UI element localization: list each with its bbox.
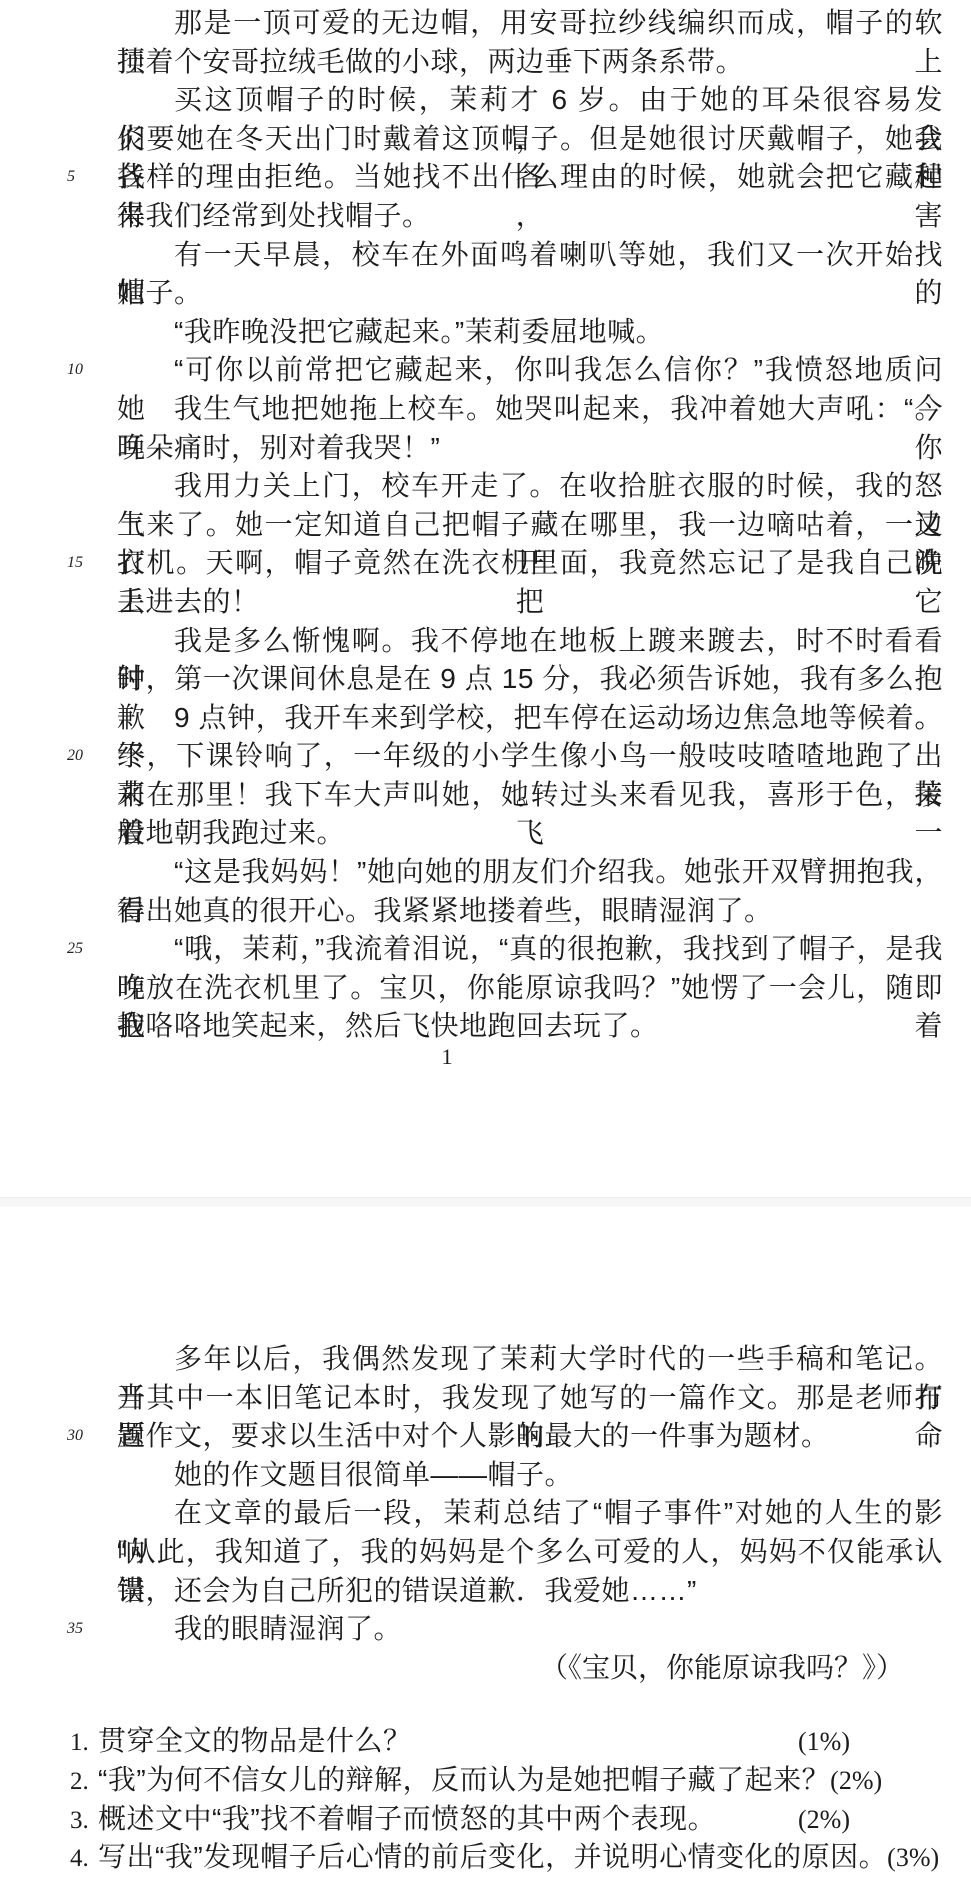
passage-line: 10 “可你以前常把它藏起来，你叫我怎么信你？”我愤怒地质问她。 [117,351,943,390]
passage-line: 我用力关上门，校车开走了。在收拾脏衣服的时候，我的怒气又 [117,467,943,506]
question-score: (2%) [798,1801,850,1840]
line-number-marker: 10 [67,351,101,390]
question-item: 1. 贯穿全文的物品是什么？ (1%) [70,1722,850,1761]
question-item: 4. 写出“我”发现帽子后心情的前后变化，并说明心情变化的原因。 (3%) [70,1838,850,1863]
passage-line: 般地朝我跑过来。 [117,814,943,853]
passage-line: 20 于，下课铃响了，一年级的小学生像小鸟一般吱吱喳喳地跑了出来。茉 [117,737,943,776]
passage-line: 我咯咯地笑起来，然后飞快地跑回去玩了。 [117,1007,943,1046]
passage-line: 多年以后，我偶然发现了茉莉大学时代的一些手稿和笔记。当打 [117,1340,943,1379]
question-list: 1. 贯穿全文的物品是什么？ (1%) 2. “我”为何不信女儿的辩解，反而认为… [0,1722,971,1863]
passage-line: 莉在那里！我下车大声叫她，她转过头来看见我，喜形于色，接着飞一 [117,776,943,815]
passage-line: 9 点钟，我开车来到学校，把车停在运动场边焦急地等候着。终 [117,699,943,738]
passage-line: 得我们经常到处找帽子。 [117,197,943,236]
passage-line-text: 丢进去的！ [117,583,943,622]
line-number-marker: 5 [67,158,101,197]
source-attribution: （《宝贝，你能原谅我吗？》） [0,1649,971,1688]
passage-line: 帽子。 [117,274,943,313]
passage-line: “从此，我知道了，我的妈妈是个多么可爱的人，妈妈不仅能承认错 [117,1533,943,1572]
passage-line: 上来了。她一定知道自己把帽子藏在哪里，我一边嘀咕着，一边打开洗 [117,506,943,545]
question-text: 概述文中“我”找不着帽子而愤怒的其中两个表现。 [98,1800,716,1839]
passage-line: 晚放在洗衣机里了。宝贝，你能原谅我吗？”她愣了一会儿，随即抱着 [117,969,943,1008]
passage-line: “这是我妈妈！”她向她的朋友们介绍我。她张开双臂拥抱我，看 [117,853,943,892]
passage-line-text: 我的眼睛湿润了。 [117,1610,943,1649]
question-item: 3. 概述文中“我”找不着帽子而愤怒的其中两个表现。 (2%) [70,1800,850,1839]
question-number: 3. [70,1802,98,1841]
line-number-marker: 35 [67,1610,101,1649]
passage-line-text: 我咯咯地笑起来，然后飞快地跑回去玩了。 [117,1007,943,1046]
passage-line-text: 得出她真的很开心。我紧紧地搂着些，眼睛湿润了。 [117,892,943,931]
question-score: (1%) [798,1723,850,1762]
passage-line: 们要她在冬天出门时戴着这顶帽子。但是她很讨厌戴帽子，她会找各种 [117,120,943,159]
passage-line: 35 我的眼睛湿润了。 [117,1610,943,1649]
question-item: 2. “我”为何不信女儿的辩解，反而认为是她把帽子藏了起来？ (2%) [70,1761,850,1800]
passage-line: 买这顶帽子的时候，茉莉才 6 岁。由于她的耳朵很容易发炎，我 [117,81,943,120]
line-number-marker: 20 [67,737,101,776]
question-score: (2%) [830,1762,882,1801]
passage-line: “我昨晚没把它藏起来。”茉莉委屈地喊。 [117,313,943,352]
passage-line: 那是一顶可爱的无边帽，用安哥拉纱线编织而成，帽子的软顶上 [117,4,943,43]
passage-line: 丢进去的！ [117,583,943,622]
passage-line-text: 她的作文题目很简单——帽子。 [117,1456,943,1495]
passage-line-text: 得我们经常到处找帽子。 [117,197,943,236]
question-number: 2. [70,1763,98,1802]
passage-line-text: 误，还会为自己所犯的错误道歉．我爱她……” [117,1572,943,1611]
line-number-marker: 15 [67,544,101,583]
passage-part-1: 那是一顶可爱的无边帽，用安哥拉纱线编织而成，帽子的软顶上 挂着个安哥拉绒毛做的小… [0,0,971,1046]
question-text: 贯穿全文的物品是什么？ [98,1722,412,1761]
passage-line: 开其中一本旧笔记本时，我发现了她写的一篇作文。那是老师布置的命 [117,1379,943,1418]
exam-page-1: 那是一顶可爱的无边帽，用安哥拉纱线编织而成，帽子的软顶上 挂着个安哥拉绒毛做的小… [0,0,971,1197]
passage-line: 钟，第一次课间休息是在 9 点 15 分，我必须告诉她，我有多么抱歉。 [117,660,943,699]
passage-line: 她的作文题目很简单——帽子。 [117,1456,943,1495]
question-score: (3%) [887,1839,939,1863]
passage-line-text: 般地朝我跑过来。 [117,814,943,853]
passage-part-2: 多年以后，我偶然发现了茉莉大学时代的一些手稿和笔记。当打 开其中一本旧笔记本时，… [0,1207,971,1649]
passage-line: 30 题作文，要求以生活中对个人影响最大的一件事为题材。 [117,1417,943,1456]
passage-line: 得出她真的很开心。我紧紧地搂着些，眼睛湿润了。 [117,892,943,931]
passage-line: 误，还会为自己所犯的错误道歉．我爱她……” [117,1572,943,1611]
passage-line-text: “我昨晚没把它藏起来。”茉莉委屈地喊。 [117,313,943,352]
passage-line: 我生气地把她拖上校车。她哭叫起来，我冲着她大声吼：“今晚你 [117,390,943,429]
passage-line-text: 帽子。 [117,274,943,313]
question-number: 1. [70,1724,98,1763]
passage-line: 25 “哦，茉莉，”我流着泪说，“真的很抱歉，我找到了帽子，是我昨 [117,930,943,969]
question-text: “我”为何不信女儿的辩解，反而认为是她把帽子藏了起来？ [98,1761,830,1800]
passage-line-text: 耳朵痛时，别对着我哭！” [117,429,943,468]
passage-line: 耳朵痛时，别对着我哭！” [117,429,943,468]
passage-line: 15 衣机。天啊，帽子竟然在洗衣机里面，我竟然忘记了是我自己晚上把它 [117,544,943,583]
page-number: 1 [425,1044,469,1070]
passage-line: 有一天早晨，校车在外面鸣着喇叭等她，我们又一次开始找她的 [117,236,943,275]
passage-line: 我是多么惭愧啊。我不停地在地板上踱来踱去，时不时看看时 [117,622,943,661]
line-number-marker: 25 [67,930,101,969]
exam-page-2: 多年以后，我偶然发现了茉莉大学时代的一些手稿和笔记。当打 开其中一本旧笔记本时，… [0,1207,971,1863]
passage-line: 在文章的最后一段，茉莉总结了“帽子事件”对她的人生的影响： [117,1494,943,1533]
page-separator [0,1197,971,1207]
line-number-marker: 30 [67,1417,101,1456]
passage-line: 挂着个安哥拉绒毛做的小球，两边垂下两条系带。 [117,43,943,82]
passage-line-text: 挂着个安哥拉绒毛做的小球，两边垂下两条系带。 [117,43,943,82]
passage-line-text: 题作文，要求以生活中对个人影响最大的一件事为题材。 [117,1417,943,1456]
question-text: 写出“我”发现帽子后心情的前后变化，并说明心情变化的原因。 [98,1838,887,1863]
question-number: 4. [70,1840,98,1863]
passage-line: 5 各样的理由拒绝。当她找不出什么理由的时候，她就会把它藏起来，害 [117,158,943,197]
